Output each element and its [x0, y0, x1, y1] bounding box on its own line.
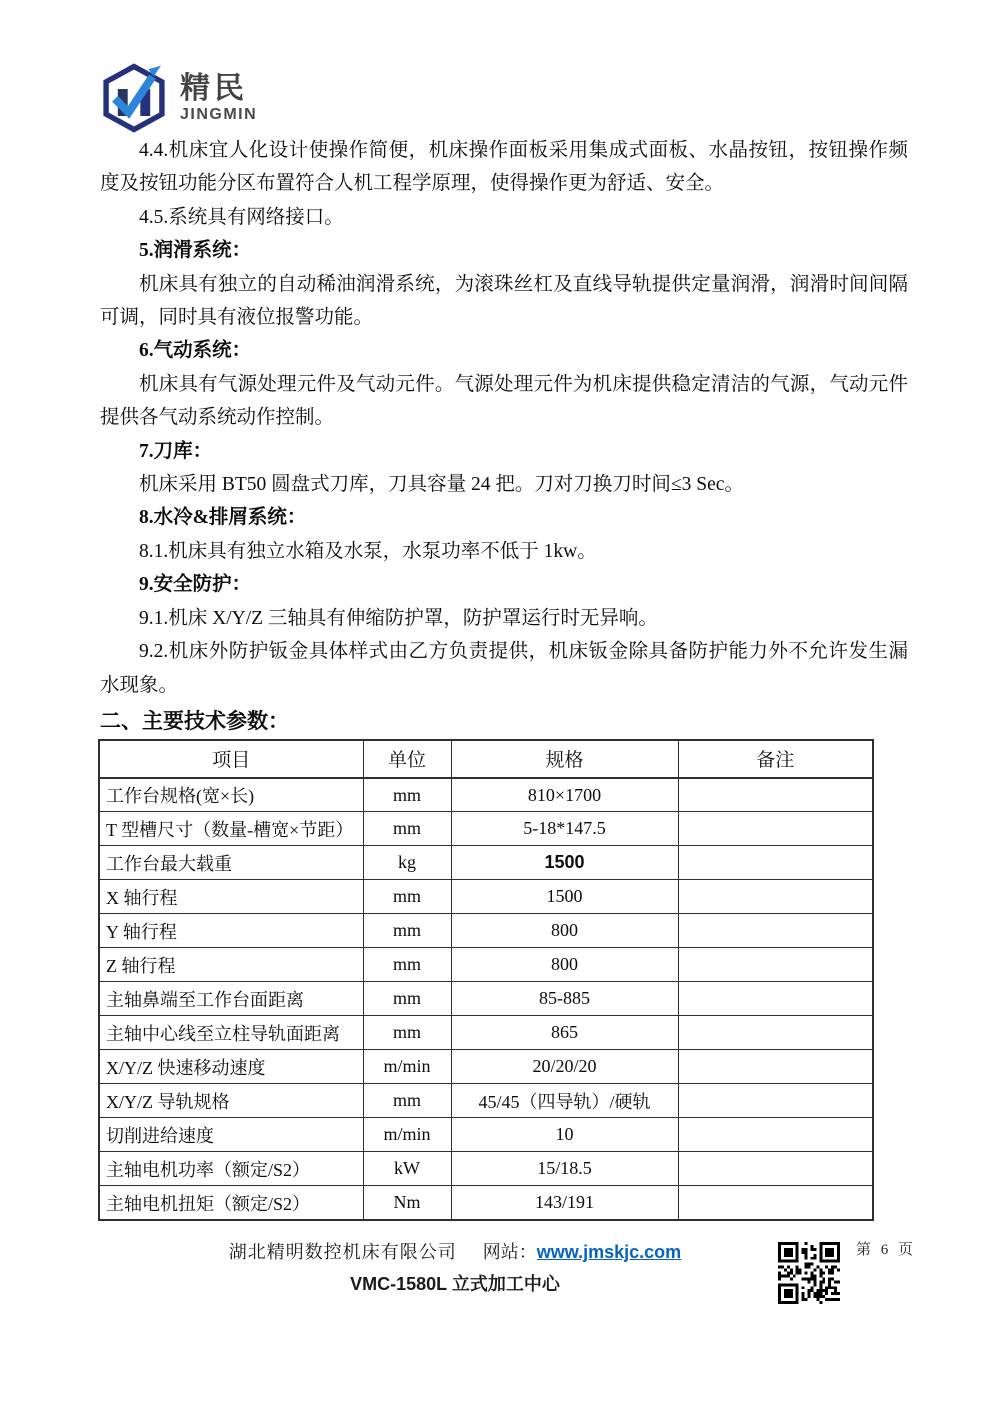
- jingmin-hexagon-logo-icon: [98, 62, 170, 134]
- cell-remark: [678, 1186, 873, 1220]
- cell-unit: m/min: [363, 1050, 451, 1084]
- cell-unit: mm: [363, 948, 451, 982]
- table-row: 切削进给速度m/min10: [99, 1118, 873, 1152]
- cell-item: X 轴行程: [99, 880, 363, 914]
- table-row: Y 轴行程mm800: [99, 914, 873, 948]
- cell-unit: mm: [363, 914, 451, 948]
- company-logo: 精民 JINGMIN: [98, 62, 257, 134]
- cell-spec: 15/18.5: [451, 1152, 678, 1186]
- paragraph-5: 6.气动系统：: [100, 334, 908, 367]
- cell-remark: [678, 880, 873, 914]
- cell-item: Z 轴行程: [99, 948, 363, 982]
- table-row: 工作台最大载重kg1500: [99, 846, 873, 880]
- paragraph-4: 机床具有独立的自动稀油润滑系统，为滚珠丝杠及直线导轨提供定量润滑，润滑时间间隔可…: [100, 268, 908, 335]
- header-spec: 规格: [451, 740, 678, 778]
- cell-remark: [678, 948, 873, 982]
- cell-item: 主轴电机功率（额定/S2）: [99, 1152, 363, 1186]
- cell-item: X/Y/Z 导轨规格: [99, 1084, 363, 1118]
- cell-unit: Nm: [363, 1186, 451, 1220]
- table-row: X 轴行程mm1500: [99, 880, 873, 914]
- cell-remark: [678, 1152, 873, 1186]
- cell-remark: [678, 982, 873, 1016]
- cell-spec: 10: [451, 1118, 678, 1152]
- cell-spec: 5-18*147.5: [451, 812, 678, 846]
- header-remark: 备注: [678, 740, 873, 778]
- table-header-row: 项目 单位 规格 备注: [99, 740, 873, 778]
- logo-subbrand-name: JINGMIN: [180, 107, 257, 123]
- cell-remark: [678, 914, 873, 948]
- paragraph-11: 9.安全防护：: [100, 568, 908, 601]
- logo-text: 精民 JINGMIN: [180, 74, 257, 123]
- table-row: 主轴中心线至立柱导轨面距离mm865: [99, 1016, 873, 1050]
- paragraph-2: 4.5.系统具有网络接口。: [100, 201, 908, 234]
- cell-remark: [678, 778, 873, 812]
- section-title: 二、主要技术参数：: [100, 706, 908, 736]
- table-row: T 型槽尺寸（数量-槽宽×节距）mm5-18*147.5: [99, 812, 873, 846]
- cell-unit: mm: [363, 982, 451, 1016]
- cell-remark: [678, 846, 873, 880]
- body-paragraphs: 4.4.机床宜人化设计使操作简便，机床操作面板采用集成式面板、水晶按钮，按钮操作…: [100, 134, 908, 702]
- footer-company-name: 湖北精明数控机床有限公司: [229, 1242, 457, 1262]
- cell-unit: kg: [363, 846, 451, 880]
- cell-spec: 1500: [451, 880, 678, 914]
- cell-spec: 800: [451, 948, 678, 982]
- cell-remark: [678, 812, 873, 846]
- table-row: 主轴鼻端至工作台面距离mm85-885: [99, 982, 873, 1016]
- paragraph-7: 7.刀库：: [100, 435, 908, 468]
- cell-remark: [678, 1016, 873, 1050]
- cell-spec: 865: [451, 1016, 678, 1050]
- paragraph-6: 机床具有气源处理元件及气动元件。气源处理元件为机床提供稳定清洁的气源，气动元件提…: [100, 368, 908, 435]
- cell-spec: 85-885: [451, 982, 678, 1016]
- paragraph-1: 4.4.机床宜人化设计使操作简便，机床操作面板采用集成式面板、水晶按钮，按钮操作…: [100, 134, 908, 201]
- table-row: X/Y/Z 快速移动速度m/min20/20/20: [99, 1050, 873, 1084]
- cell-item: 主轴鼻端至工作台面距离: [99, 982, 363, 1016]
- paragraph-3: 5.润滑系统：: [100, 234, 908, 267]
- document-page: 精民 JINGMIN 4.4.机床宜人化设计使操作简便，机床操作面板采用集成式面…: [0, 0, 1000, 1414]
- cell-unit: mm: [363, 1016, 451, 1050]
- cell-item: 主轴中心线至立柱导轨面距离: [99, 1016, 363, 1050]
- cell-item: X/Y/Z 快速移动速度: [99, 1050, 363, 1084]
- header-unit: 单位: [363, 740, 451, 778]
- table-row: 工作台规格(宽×长)mm810×1700: [99, 778, 873, 812]
- paragraph-8: 机床采用 BT50 圆盘式刀库，刀具容量 24 把。刀对刀换刀时间≤3 Sec。: [100, 468, 908, 501]
- cell-item: 工作台最大载重: [99, 846, 363, 880]
- cell-spec: 45/45（四导轨）/硬轨: [451, 1084, 678, 1118]
- footer-model-line: VMC-1580L 立式加工中心: [95, 1270, 815, 1296]
- page-footer: 湖北精明数控机床有限公司网站：www.jmskjc.com VMC-1580L …: [95, 1238, 815, 1296]
- footer-company-line: 湖北精明数控机床有限公司网站：www.jmskjc.com: [95, 1238, 815, 1264]
- paragraph-9: 8.水冷&排屑系统：: [100, 501, 908, 534]
- cell-item: 主轴电机扭矩（额定/S2）: [99, 1186, 363, 1220]
- cell-item: 工作台规格(宽×长): [99, 778, 363, 812]
- document-body: 4.4.机床宜人化设计使操作简便，机床操作面板采用集成式面板、水晶按钮，按钮操作…: [100, 134, 908, 1221]
- logo-brand-name: 精民: [180, 74, 257, 104]
- table-row: X/Y/Z 导轨规格mm45/45（四导轨）/硬轨: [99, 1084, 873, 1118]
- paragraph-10: 8.1.机床具有独立水箱及水泵，水泵功率不低于 1kw。: [100, 535, 908, 568]
- table-row: Z 轴行程mm800: [99, 948, 873, 982]
- cell-spec: 143/191: [451, 1186, 678, 1220]
- cell-remark: [678, 1084, 873, 1118]
- table-row: 主轴电机功率（额定/S2）kW15/18.5: [99, 1152, 873, 1186]
- cell-spec: 800: [451, 914, 678, 948]
- page-number: 第 6 页: [856, 1238, 916, 1259]
- qr-code: [778, 1242, 840, 1304]
- header-item: 项目: [99, 740, 363, 778]
- cell-spec: 20/20/20: [451, 1050, 678, 1084]
- paragraph-12: 9.1.机床 X/Y/Z 三轴具有伸缩防护罩，防护罩运行时无异响。: [100, 602, 908, 635]
- cell-unit: mm: [363, 812, 451, 846]
- cell-item: T 型槽尺寸（数量-槽宽×节距）: [99, 812, 363, 846]
- cell-item: Y 轴行程: [99, 914, 363, 948]
- footer-website-link[interactable]: www.jmskjc.com: [537, 1242, 681, 1262]
- cell-remark: [678, 1118, 873, 1152]
- paragraph-13: 9.2.机床外防护钣金具体样式由乙方负责提供，机床钣金除具备防护能力外不允许发生…: [100, 635, 908, 702]
- cell-item: 切削进给速度: [99, 1118, 363, 1152]
- cell-spec: 810×1700: [451, 778, 678, 812]
- cell-unit: mm: [363, 1084, 451, 1118]
- cell-unit: kW: [363, 1152, 451, 1186]
- table-row: 主轴电机扭矩（额定/S2）Nm143/191: [99, 1186, 873, 1220]
- footer-website-label: 网站：: [483, 1242, 537, 1262]
- spec-table: 项目 单位 规格 备注 工作台规格(宽×长)mm810×1700T 型槽尺寸（数…: [98, 739, 874, 1221]
- cell-unit: m/min: [363, 1118, 451, 1152]
- cell-unit: mm: [363, 778, 451, 812]
- cell-unit: mm: [363, 880, 451, 914]
- cell-remark: [678, 1050, 873, 1084]
- cell-spec: 1500: [451, 846, 678, 880]
